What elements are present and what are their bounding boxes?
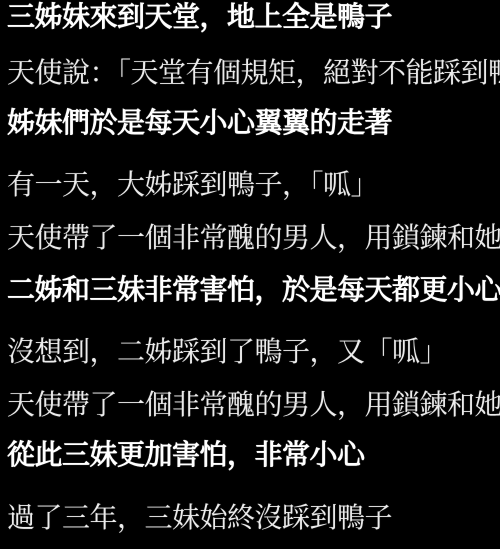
story-line-8: 天使帶了一個非常醜的男人，用鎖鍊和她銬在一起 bbox=[7, 389, 500, 421]
story-line-4: 有一天，大姊踩到鴨子，「呱」 bbox=[7, 169, 378, 201]
story-text-image: 三姊妹來到天堂，地上全是鴨子 天使說：「天堂有個規矩，絕對不能踩到鴨子」 姊妹們… bbox=[0, 0, 500, 549]
story-line-5: 天使帶了一個非常醜的男人，用鎖鍊和她銬在一起 bbox=[7, 222, 500, 254]
story-line-6: 二姊和三妹非常害怕，於是每天都更小心的走 bbox=[7, 274, 500, 306]
story-line-3: 姊妹們於是每天小心翼翼的走著 bbox=[7, 107, 392, 139]
story-line-9: 從此三妹更加害怕，非常小心 bbox=[7, 439, 365, 471]
story-line-7: 沒想到，二姊踩到了鴨子，又「呱」 bbox=[7, 336, 447, 368]
story-line-10: 過了三年，三妹始終沒踩到鴨子 bbox=[7, 502, 392, 534]
story-line-1: 三姊妹來到天堂，地上全是鴨子 bbox=[7, 1, 392, 33]
story-line-2: 天使說：「天堂有個規矩，絕對不能踩到鴨子」 bbox=[7, 57, 500, 89]
